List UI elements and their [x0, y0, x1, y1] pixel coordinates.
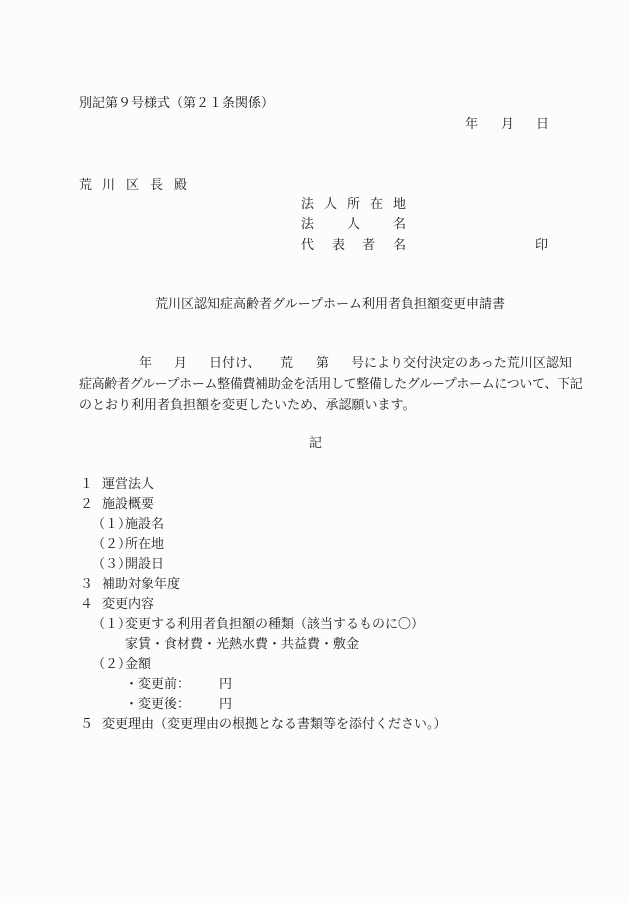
representative-char: 名 [393, 239, 406, 252]
addressee-char: 荒 [79, 179, 92, 192]
addressee-char: 長 [150, 179, 163, 192]
item-label: 開設日 [125, 558, 164, 571]
representative-char: 表 [332, 239, 345, 252]
item-label: 運営法人 [102, 478, 154, 491]
item-label: 金額 [125, 658, 151, 671]
item-label: 変更理由（変更理由の根拠となる書類等を添付ください。） [102, 718, 447, 731]
item-label: 補助対象年度 [102, 578, 180, 591]
body-ara: 荒 [280, 357, 293, 370]
body-line3: のとおり利用者負担額を変更したいため、承認願います。 [79, 399, 415, 412]
corp-name-char: 法 [301, 218, 314, 231]
body-day-suffix: 日付け、 [209, 357, 260, 370]
body-month: 月 [174, 357, 187, 370]
date-year-label: 年 [465, 118, 478, 131]
addressee-char: 殿 [174, 179, 187, 192]
date-month-label: 月 [501, 118, 514, 131]
corp-name-char: 名 [393, 218, 406, 231]
item-number: ５ [80, 718, 93, 731]
date-day-label: 日 [536, 118, 549, 131]
representative-char: 代 [301, 239, 314, 252]
item-label: ・変更前： [125, 678, 190, 691]
corp-address-char: 在 [370, 198, 383, 211]
corp-address-char: 所 [347, 198, 360, 211]
addressee-char: 川 [102, 179, 115, 192]
body-year: 年 [139, 357, 152, 370]
item-number: ３ [80, 578, 93, 591]
ki-heading: 記 [309, 437, 322, 450]
item-label: 所在地 [125, 538, 164, 551]
item-label: 変更内容 [102, 598, 154, 611]
corp-name-char: 人 [347, 218, 360, 231]
corp-address-char: 法 [301, 198, 314, 211]
item-number: ２ [80, 498, 93, 511]
item-label: ・変更後： [125, 698, 190, 711]
corp-address-char: 地 [393, 198, 406, 211]
seal-mark: 印 [535, 239, 548, 252]
body-line2: 症高齢者グループホーム整備費補助金を活用して整備したグループホームについて、下記 [79, 378, 582, 391]
document-title: 荒川区認知症高齢者グループホーム利用者負担額変更申請書 [155, 298, 505, 311]
item-label: 変更する利用者負担額の種類（該当するものに〇） [125, 618, 424, 631]
item-label: 家賃・食材費・光熱水費・共益費・敷金 [125, 638, 359, 651]
item-unit: 円 [219, 678, 232, 691]
item-number: １ [80, 478, 93, 491]
form-number: 別記第９号様式（第２１条関係） [79, 97, 274, 110]
representative-char: 者 [362, 239, 375, 252]
item-label: 施設概要 [102, 498, 154, 511]
item-label: 施設名 [125, 518, 164, 531]
body-dai: 第 [316, 357, 329, 370]
addressee-char: 区 [126, 179, 139, 192]
corp-address-char: 人 [324, 198, 337, 211]
item-unit: 円 [219, 698, 232, 711]
body-line1-rest: 号により交付決定のあった荒川区認知 [351, 357, 572, 370]
item-number: ４ [80, 598, 93, 611]
